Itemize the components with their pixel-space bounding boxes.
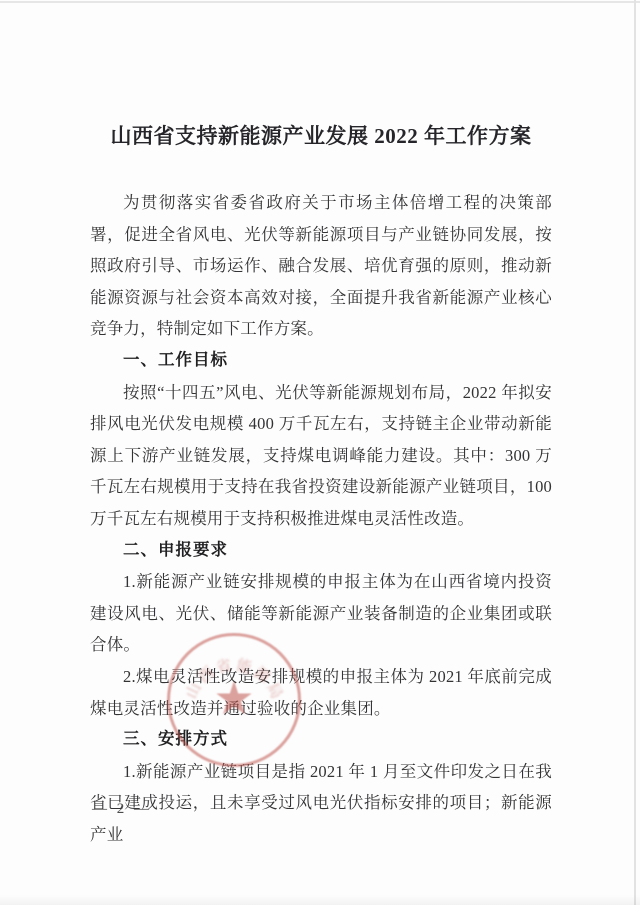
section-heading-arrangement-method: 三、安排方式 [90, 724, 552, 756]
document-body: 山西省支持新能源产业发展 2022 年工作方案 为贯彻落实省委省政府关于市场主体… [90, 121, 552, 850]
paragraph-application-requirements-2: 2.煤电灵活性改造安排规模的申报主体为 2021 年底前完成煤电灵活性改造并通过… [90, 661, 552, 724]
paragraph-application-requirements-1: 1.新能源产业链安排规模的申报主体为在山西省境内投资建设风电、光伏、储能等新能源… [90, 566, 552, 661]
page-edge-bottom [0, 895, 640, 905]
scanned-document-page: 山西省支持新能源产业发展 2022 年工作方案 为贯彻落实省委省政府关于市场主体… [0, 0, 640, 905]
page-number: — 2 — [92, 799, 152, 819]
page-edge-top [0, 1, 640, 3]
paragraph-arrangement-method-1: 1.新能源产业链项目是指 2021 年 1 月至文件印发之日在我省已建成投运，且… [90, 756, 552, 851]
section-heading-application-requirements: 二、申报要求 [90, 535, 552, 567]
paragraph-work-goals: 按照“十四五”风电、光伏等新能源规划布局，2022 年拟安排风电光伏发电规模 4… [90, 377, 552, 535]
page-edge-right [634, 0, 636, 905]
intro-paragraph: 为贯彻落实省委省政府关于市场主体倍增工程的决策部署，促进全省风电、光伏等新能源项… [90, 187, 552, 345]
section-heading-work-goals: 一、工作目标 [90, 345, 552, 377]
document-title: 山西省支持新能源产业发展 2022 年工作方案 [90, 121, 552, 151]
